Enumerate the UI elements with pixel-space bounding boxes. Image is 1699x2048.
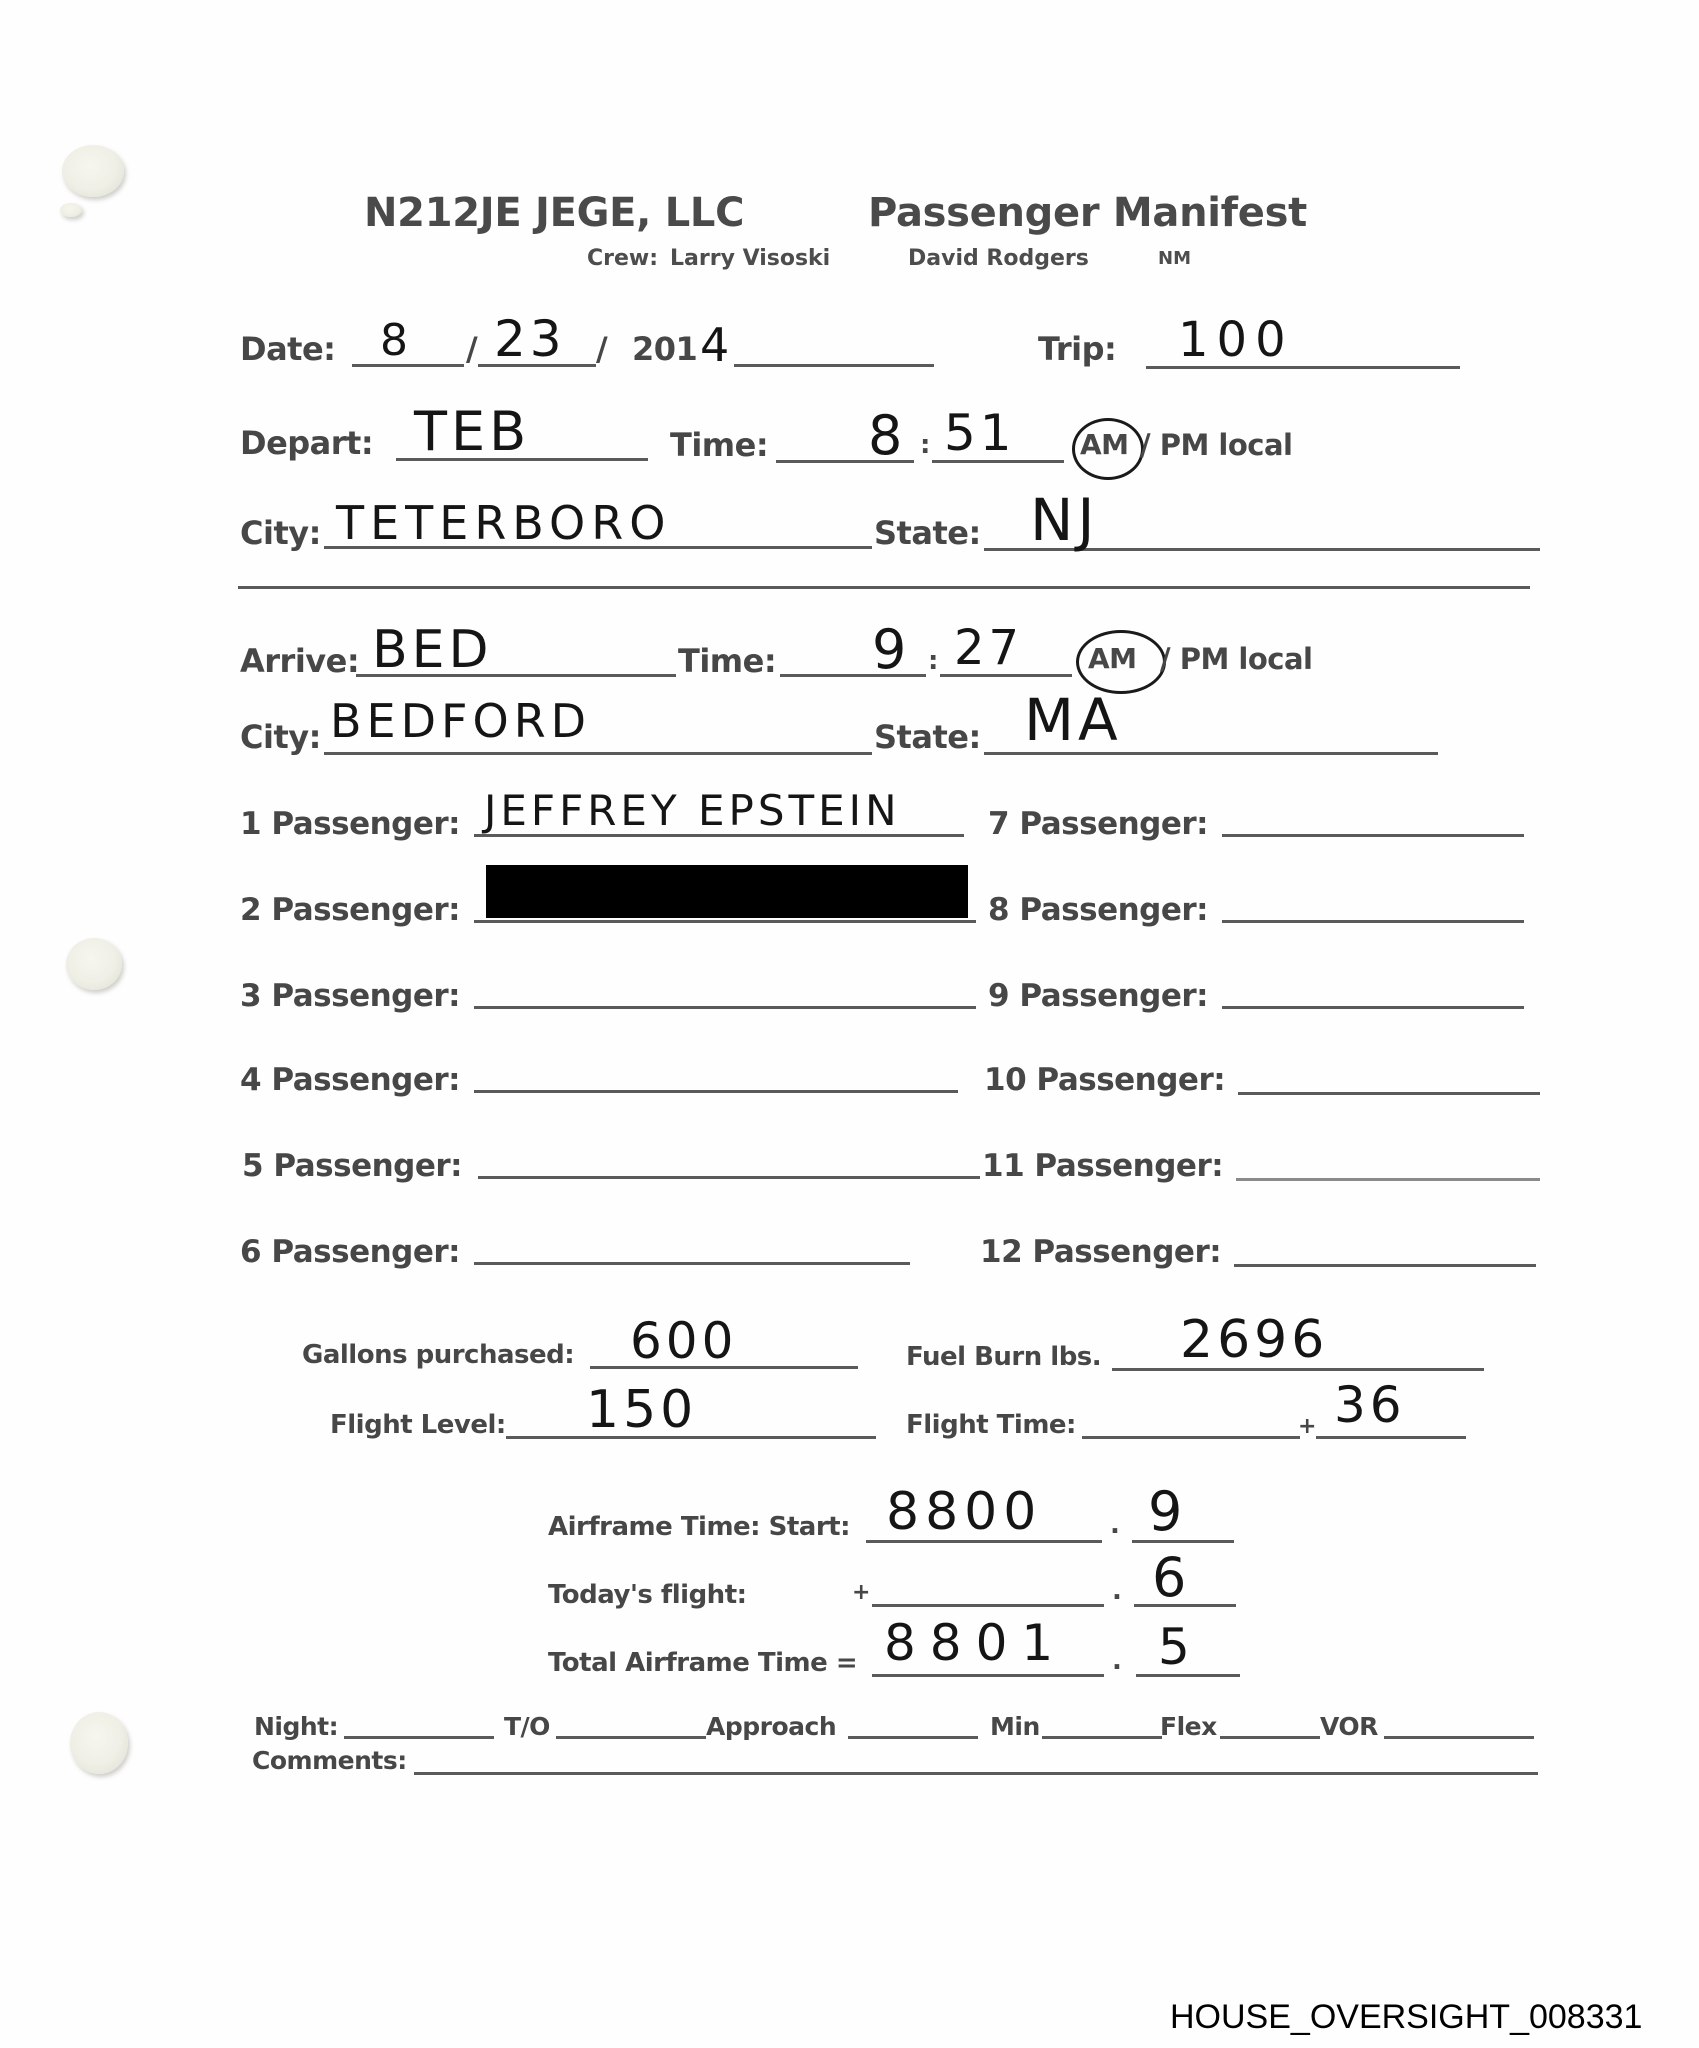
today-flight-whole-line bbox=[872, 1604, 1104, 1607]
airframe-start-decimal: . bbox=[1110, 1510, 1119, 1540]
crew-member-3: NM bbox=[1158, 248, 1191, 269]
arrive-time-hour: 9 bbox=[872, 618, 910, 681]
date-month-value: 8 bbox=[380, 315, 412, 366]
depart-time-colon: : bbox=[920, 430, 930, 460]
depart-pm-local-label: / PM local bbox=[1140, 428, 1292, 462]
punch-hole-top bbox=[62, 145, 124, 197]
arrive-city-label: City: bbox=[240, 718, 321, 756]
passenger-9-label: 9 Passenger: bbox=[988, 978, 1208, 1014]
passenger-5-line bbox=[478, 1176, 980, 1179]
trip-label: Trip: bbox=[1038, 330, 1116, 368]
flight-time-minutes: 36 bbox=[1334, 1376, 1406, 1434]
punch-hole-bottom bbox=[70, 1712, 128, 1774]
crew-member-1: Larry Visoski bbox=[670, 246, 830, 271]
passenger-3-label: 3 Passenger: bbox=[240, 978, 460, 1014]
bates-number: HOUSE_OVERSIGHT_008331 bbox=[1170, 1998, 1642, 2037]
vor-line bbox=[1384, 1736, 1534, 1739]
arrive-am-option: AM bbox=[1088, 642, 1137, 675]
passenger-5-label: 5 Passenger: bbox=[242, 1148, 462, 1184]
total-airframe-whole: 8801 bbox=[884, 1614, 1067, 1672]
passenger-4-line bbox=[474, 1090, 958, 1093]
passenger-6-label: 6 Passenger: bbox=[240, 1234, 460, 1270]
crew-member-2: David Rodgers bbox=[908, 246, 1089, 271]
arrive-city-value: BEDFORD bbox=[330, 694, 591, 748]
trip-value: 100 bbox=[1178, 312, 1294, 368]
total-airframe-whole-line bbox=[872, 1674, 1104, 1677]
min-line bbox=[1042, 1736, 1162, 1739]
passenger-8-label: 8 Passenger: bbox=[988, 892, 1208, 928]
passenger-10-label: 10 Passenger: bbox=[984, 1062, 1225, 1098]
depart-state-value: NJ bbox=[1030, 486, 1099, 554]
arrive-label: Arrive: bbox=[240, 642, 359, 680]
arrive-time-label: Time: bbox=[678, 642, 776, 680]
passenger-7-line bbox=[1222, 834, 1524, 837]
flight-time-label: Flight Time: bbox=[906, 1410, 1076, 1440]
vor-label: VOR bbox=[1320, 1712, 1378, 1741]
fuel-burn-value: 2696 bbox=[1180, 1310, 1328, 1370]
depart-city-label: City: bbox=[240, 514, 321, 552]
airframe-start-whole: 8800 bbox=[886, 1482, 1042, 1542]
arrive-time-minute: 27 bbox=[954, 620, 1023, 676]
date-slash-1: / bbox=[466, 330, 477, 368]
approach-label: Approach bbox=[706, 1712, 836, 1741]
passenger-9-line bbox=[1222, 1006, 1524, 1009]
arrive-pm-local-label: / PM local bbox=[1160, 642, 1312, 676]
arrive-city-line bbox=[324, 752, 872, 755]
date-day-value: 23 bbox=[494, 310, 566, 368]
today-flight-plus: + bbox=[852, 1580, 870, 1605]
passenger-8-line bbox=[1222, 920, 1524, 923]
airframe-start-tenths: 9 bbox=[1148, 1480, 1186, 1543]
fuel-burn-label: Fuel Burn lbs. bbox=[906, 1342, 1101, 1372]
airframe-start-label: Airframe Time: Start: bbox=[548, 1512, 850, 1542]
date-year-line bbox=[734, 364, 934, 367]
total-airframe-label: Total Airframe Time = bbox=[548, 1648, 857, 1678]
depart-time-hour: 8 bbox=[868, 404, 906, 467]
arrive-value: BED bbox=[372, 620, 493, 680]
company-title: N212JE JEGE, LLC bbox=[364, 190, 744, 236]
passenger-10-line bbox=[1238, 1092, 1540, 1095]
depart-city-value: TETERBORO bbox=[336, 496, 671, 550]
today-flight-label: Today's flight: bbox=[548, 1580, 747, 1610]
comments-line bbox=[414, 1772, 1538, 1775]
flex-label: Flex bbox=[1160, 1712, 1217, 1741]
passenger-12-label: 12 Passenger: bbox=[980, 1234, 1221, 1270]
passenger-6-line bbox=[474, 1262, 910, 1265]
passenger-4-label: 4 Passenger: bbox=[240, 1062, 460, 1098]
today-flight-tenths: 6 bbox=[1152, 1546, 1190, 1609]
crew-label: Crew: bbox=[587, 246, 658, 271]
passenger-1-label: 1 Passenger: bbox=[240, 806, 460, 842]
date-label: Date: bbox=[240, 330, 335, 368]
divider-line bbox=[238, 586, 1530, 589]
arrive-state-value: MA bbox=[1024, 686, 1122, 754]
punch-hole-top-fragment bbox=[60, 203, 82, 217]
takeoff-line bbox=[556, 1736, 706, 1739]
flight-time-plus: + bbox=[1298, 1414, 1316, 1439]
passenger-7-label: 7 Passenger: bbox=[988, 806, 1208, 842]
gallons-purchased-value: 600 bbox=[630, 1312, 737, 1370]
gallons-purchased-label: Gallons purchased: bbox=[302, 1340, 574, 1370]
night-label: Night: bbox=[254, 1712, 338, 1741]
depart-time-label: Time: bbox=[670, 426, 768, 464]
form-title: Passenger Manifest bbox=[868, 190, 1307, 236]
passenger-3-line bbox=[474, 1006, 976, 1009]
passenger-11-label: 11 Passenger: bbox=[982, 1148, 1223, 1184]
depart-value: TEB bbox=[414, 400, 530, 463]
depart-label: Depart: bbox=[240, 424, 373, 462]
punch-hole-middle bbox=[66, 938, 122, 990]
takeoff-label: T/O bbox=[504, 1712, 550, 1741]
date-year-written: 4 bbox=[700, 318, 733, 372]
night-line bbox=[344, 1736, 494, 1739]
passenger-12-line bbox=[1234, 1264, 1536, 1267]
comments-label: Comments: bbox=[252, 1746, 407, 1775]
today-flight-decimal: . bbox=[1112, 1576, 1121, 1606]
passenger-2-redaction bbox=[486, 865, 968, 918]
total-airframe-decimal: . bbox=[1112, 1646, 1121, 1676]
passenger-2-line bbox=[474, 920, 976, 923]
passenger-1-value: JEFFREY EPSTEIN bbox=[484, 786, 901, 835]
flex-line bbox=[1220, 1736, 1320, 1739]
approach-line bbox=[848, 1736, 978, 1739]
total-airframe-tenths: 5 bbox=[1158, 1618, 1194, 1676]
date-slash-2: / bbox=[596, 330, 607, 368]
flight-time-hours-line bbox=[1082, 1436, 1300, 1439]
depart-state-label: State: bbox=[874, 514, 981, 552]
depart-am-option: AM bbox=[1080, 428, 1129, 461]
depart-time-minute: 51 bbox=[944, 404, 1016, 462]
passenger-2-label: 2 Passenger: bbox=[240, 892, 460, 928]
manifest-page: N212JE JEGE, LLC Passenger Manifest Crew… bbox=[0, 0, 1699, 2048]
flight-time-minutes-line bbox=[1316, 1436, 1466, 1439]
arrive-state-label: State: bbox=[874, 718, 981, 756]
flight-level-label: Flight Level: bbox=[330, 1410, 506, 1440]
arrive-time-colon: : bbox=[928, 646, 938, 676]
min-label: Min bbox=[990, 1712, 1040, 1741]
flight-level-value: 150 bbox=[586, 1380, 697, 1440]
date-year-printed: 201 bbox=[632, 330, 697, 368]
passenger-11-line bbox=[1236, 1178, 1540, 1181]
